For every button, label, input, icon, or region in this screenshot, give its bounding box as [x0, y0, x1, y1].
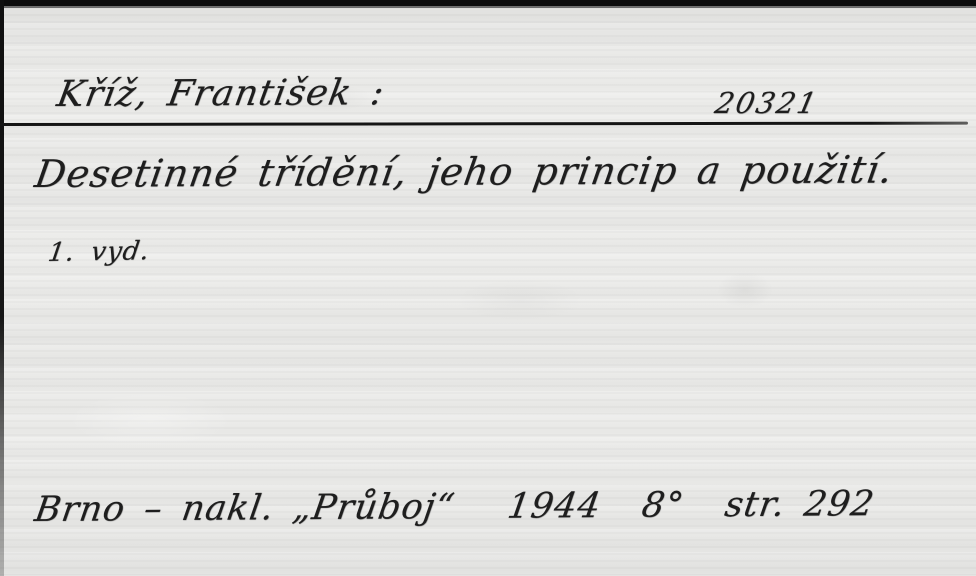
author-heading: Kříž, František :	[54, 72, 388, 115]
edition-note: 1. vyd.	[46, 236, 152, 268]
catalog-card-scan: Kříž, František : 20321 Desetinné tříděn…	[0, 0, 976, 576]
scan-edge-left	[0, 0, 4, 576]
title-line: Desetinné třídění, jeho princip a použit…	[32, 148, 896, 196]
scan-edge-top	[0, 0, 976, 8]
imprint-line: Brno – nakl. „Průboj“ 1944 8° str. 292	[32, 484, 877, 530]
imprint-format: 8°	[639, 485, 687, 525]
imprint-place-publisher: Brno – nakl. „Průboj“	[32, 487, 458, 530]
imprint-pages: str. 292	[722, 484, 877, 525]
ruled-line	[0, 122, 968, 126]
catalog-number: 20321	[712, 86, 821, 120]
imprint-year: 1944	[505, 486, 604, 527]
